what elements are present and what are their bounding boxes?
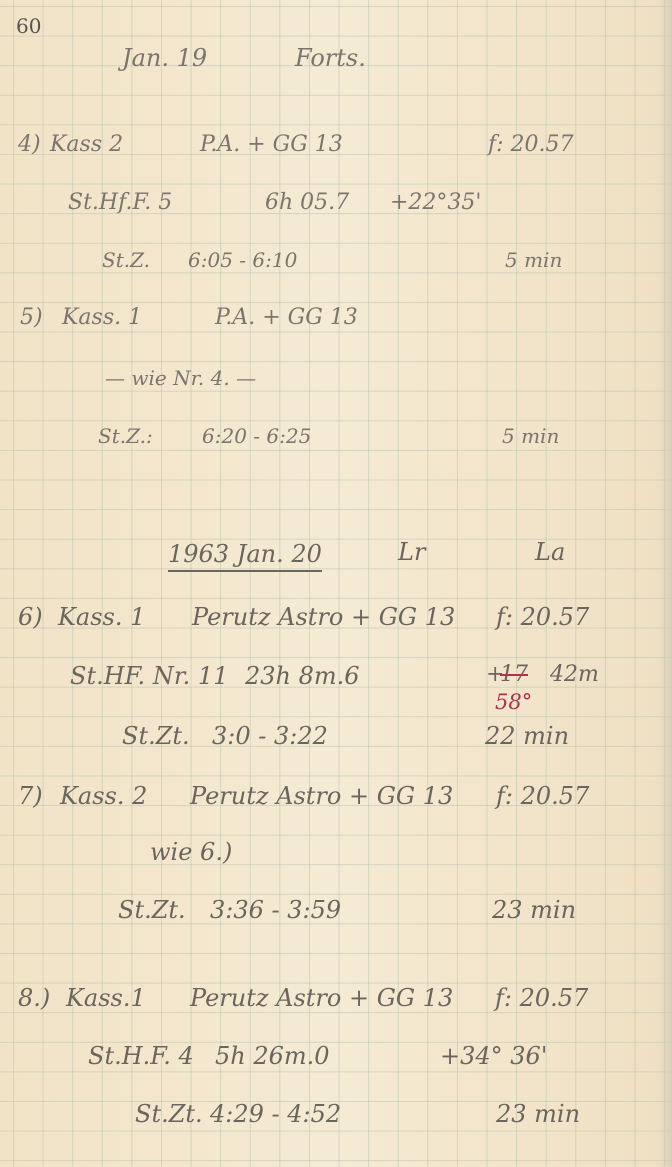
entry-8-field: St.H.F. 4 — [88, 1042, 194, 1070]
entry-6-plate: Perutz Astro + GG 13 — [192, 603, 455, 631]
entry-7-exposure-time: 3:36 - 3:59 — [210, 896, 341, 924]
entry-5-plate: P.A. + GG 13 — [215, 305, 358, 330]
entry-8-duration: 23 min — [496, 1100, 580, 1128]
entry-5-duration: 5 min — [502, 424, 559, 448]
entry-8-focal: f: 20.57 — [495, 984, 588, 1012]
entry-7-id: 7) — [18, 782, 43, 810]
entry-5-same-as: — wie Nr. 4. — — [105, 366, 256, 390]
entry-8-dec: +34° 36' — [440, 1042, 547, 1070]
entry-7-plate: Perutz Astro + GG 13 — [190, 782, 453, 810]
entry-4-exposure-time: 6:05 - 6:10 — [188, 248, 297, 272]
header-date: Jan. 19 — [122, 44, 207, 72]
entry-4-id: 4) — [18, 132, 41, 157]
entry-6-field: St.HF. Nr. 11 — [70, 662, 228, 690]
entry-6-focal: f: 20.57 — [496, 603, 589, 631]
entry-5-id: 5) — [20, 305, 43, 330]
entry-4-cassette: Kass 2 — [50, 132, 123, 157]
entry-7-cassette: Kass. 2 — [60, 782, 147, 810]
entry-7-duration: 23 min — [492, 896, 576, 924]
entry-8-exposure-time: 4:29 - 4:52 — [210, 1100, 341, 1128]
entry-6-dec-struck: 17 — [500, 662, 528, 687]
entry-5-exposure-time: 6:20 - 6:25 — [202, 424, 311, 448]
entry-8-plate: Perutz Astro + GG 13 — [190, 984, 453, 1012]
entry-6-duration: 22 min — [485, 722, 569, 750]
entry-4-plate: P.A. + GG 13 — [200, 132, 343, 157]
section-date: 1963 Jan. 20 — [168, 540, 322, 572]
header-note: Forts. — [295, 44, 366, 72]
observer-1: Lr — [398, 538, 425, 566]
entry-4-focal: f: 20.57 — [488, 132, 574, 157]
entry-4-ra: 6h 05.7 — [265, 190, 349, 215]
entry-7-same-as: wie 6.) — [150, 838, 232, 866]
entry-4-dec: +22°35' — [390, 190, 481, 215]
page-edge-shadow — [658, 0, 672, 1167]
entry-6-dec-correction: 58° — [495, 690, 532, 714]
entry-6-exposure-time: 3:0 - 3:22 — [212, 722, 328, 750]
entry-6-dec-minutes: 42m — [550, 662, 599, 687]
entry-6-exposure-label: St.Zt. — [122, 722, 190, 750]
entry-6-ra: 23h 8m.6 — [245, 662, 360, 690]
entry-7-exposure-label: St.Zt. — [118, 896, 186, 924]
entry-4-field: St.Hf.F. 5 — [68, 190, 172, 215]
observer-2: La — [535, 538, 565, 566]
entry-6-id: 6) — [18, 603, 43, 631]
entry-8-id: 8.) — [18, 984, 50, 1012]
page-number: 60 — [16, 14, 41, 38]
entry-4-exposure-label: St.Z. — [102, 248, 150, 272]
entry-4-duration: 5 min — [505, 248, 562, 272]
entry-8-exposure-label: St.Zt. — [135, 1100, 203, 1128]
entry-5-cassette: Kass. 1 — [62, 305, 142, 330]
entry-6-cassette: Kass. 1 — [58, 603, 145, 631]
entry-8-ra: 5h 26m.0 — [215, 1042, 330, 1070]
entry-5-exposure-label: St.Z.: — [98, 424, 153, 448]
entry-8-cassette: Kass.1 — [66, 984, 146, 1012]
entry-7-focal: f: 20.57 — [496, 782, 589, 810]
